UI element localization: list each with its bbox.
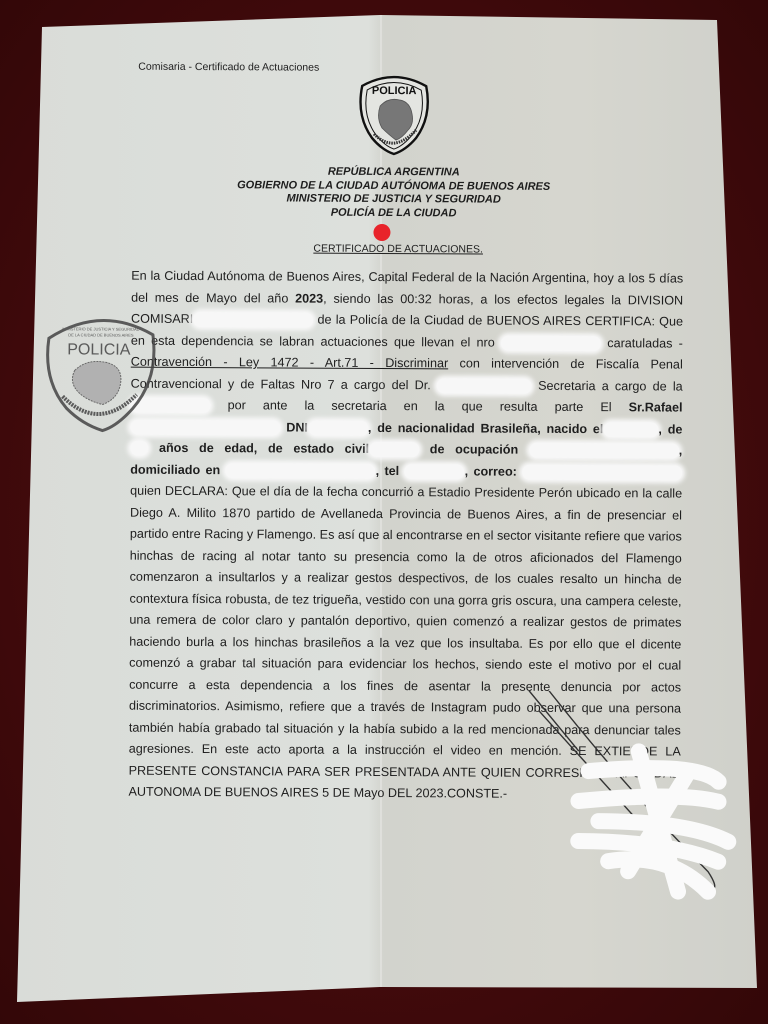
police-stamp-icon: MINISTERIO DE JUSTICIA Y SEGURIDAD DE LA… — [40, 308, 161, 433]
svg-text:POLICIA: POLICIA — [67, 341, 131, 358]
email-text: , correo: — [465, 464, 517, 478]
occupation-text: de ocupación — [430, 442, 518, 456]
tel-text: , tel — [376, 463, 400, 477]
nationality-text: , de nacionalidad Brasileña, nacido el — [368, 420, 604, 435]
redaction — [308, 420, 368, 435]
redaction — [501, 335, 601, 351]
party-name: Sr.Rafael — [629, 400, 683, 414]
government-heading: REPÚBLICA ARGENTINA GOBIERNO DE LA CIUDA… — [202, 165, 586, 221]
gov-line-police: POLICÍA DE LA CIUDAD — [202, 206, 586, 222]
certificate-title: CERTIFICADO DE ACTUACIONES. — [313, 243, 483, 256]
body-year: 2023 — [295, 291, 323, 305]
police-crest-icon: POLICIA — [354, 72, 434, 156]
certificate-paper: Comisaria - Certificado de Actuaciones P… — [0, 0, 768, 1024]
svg-text:MINISTERIO DE JUSTICIA Y SEGUR: MINISTERIO DE JUSTICIA Y SEGURIDAD — [62, 326, 139, 331]
case-caption: Contravención - Ley 1472 - Art.71 - Disc… — [131, 355, 448, 371]
age-text: , de — [658, 422, 682, 436]
redaction — [130, 441, 148, 456]
civil-status-text: años de edad, de estado civil — [159, 441, 369, 456]
redaction — [522, 464, 682, 480]
svg-text:POLICIA: POLICIA — [372, 85, 417, 97]
red-dot-marker — [373, 224, 390, 241]
svg-text:DE LA CIUDAD DE BUENOS AIRES: DE LA CIUDAD DE BUENOS AIRES — [68, 332, 134, 337]
redaction — [226, 463, 376, 479]
redaction — [369, 442, 419, 457]
body-text-caratuladas: caratuladas - — [601, 336, 683, 350]
document-header-label: Comisaria - Certificado de Actuaciones — [138, 61, 319, 74]
redaction — [405, 464, 465, 479]
body-text-secretaria: Secretaria a cargo de la — [532, 378, 683, 393]
redaction — [193, 312, 313, 328]
gov-line-government: GOBIERNO DE LA CIUDAD AUTÓNOMA DE BUENOS… — [202, 179, 586, 195]
body-text-party: por ante la secretaria en la que resulta… — [211, 398, 629, 414]
redaction — [437, 378, 532, 393]
dni-label: DNI — [286, 420, 308, 434]
redaction — [529, 443, 679, 459]
redaction — [603, 422, 658, 437]
signature-scribble — [518, 691, 759, 922]
